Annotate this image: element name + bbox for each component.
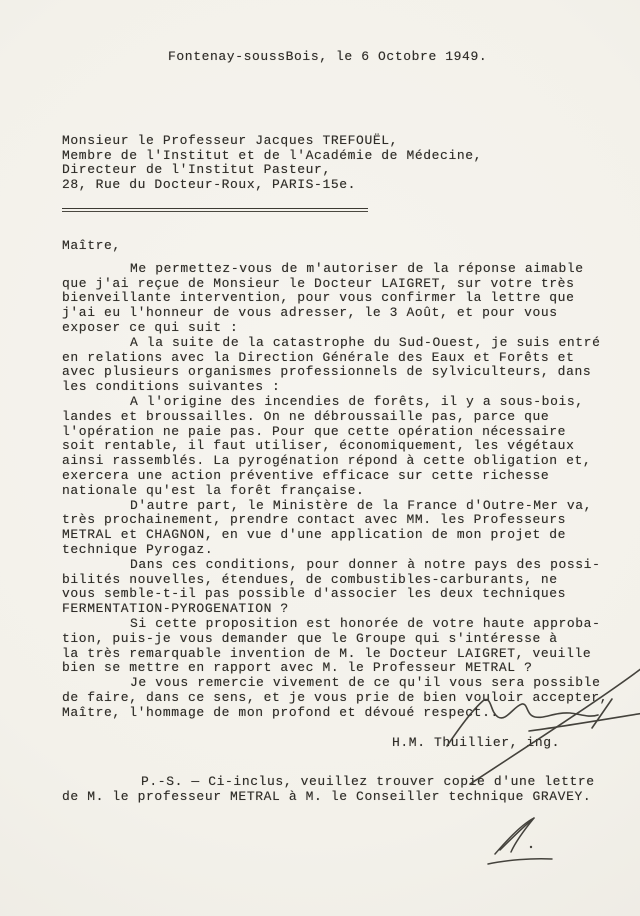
- letter-page: Fontenay-soussBois, le 6 Octobre 1949. M…: [0, 0, 640, 916]
- letter-content: Fontenay-soussBois, le 6 Octobre 1949. M…: [0, 0, 640, 805]
- paragraph-1: Me permettez-vous de m'autoriser de la r…: [62, 262, 640, 336]
- paragraph-4: D'autre part, le Ministère de la France …: [62, 499, 640, 558]
- signature-typed-name: H.M. Thuillier, ing.: [392, 736, 640, 751]
- paragraph-2: A la suite de la catastrophe du Sud-Oues…: [62, 336, 640, 395]
- address-underline-rule: [62, 208, 368, 212]
- paragraph-3: A l'origine des incendies de forêts, il …: [62, 395, 640, 499]
- paragraph-7: Je vous remercie vivement de ce qu'il vo…: [62, 676, 640, 720]
- paragraph-6: Si cette proposition est honorée de votr…: [62, 617, 640, 676]
- paraph-mark: [488, 818, 552, 864]
- salutation: Maître,: [62, 239, 640, 254]
- postscript: P.-S. — Ci-inclus, veuillez trouver copi…: [62, 775, 640, 805]
- paragraph-5: Dans ces conditions, pour donner à notre…: [62, 558, 640, 617]
- recipient-address-block: Monsieur le Professeur Jacques TREFOUËL,…: [62, 134, 640, 193]
- letter-body: Me permettez-vous de m'autoriser de la r…: [62, 262, 640, 721]
- dateline: Fontenay-soussBois, le 6 Octobre 1949.: [168, 50, 640, 65]
